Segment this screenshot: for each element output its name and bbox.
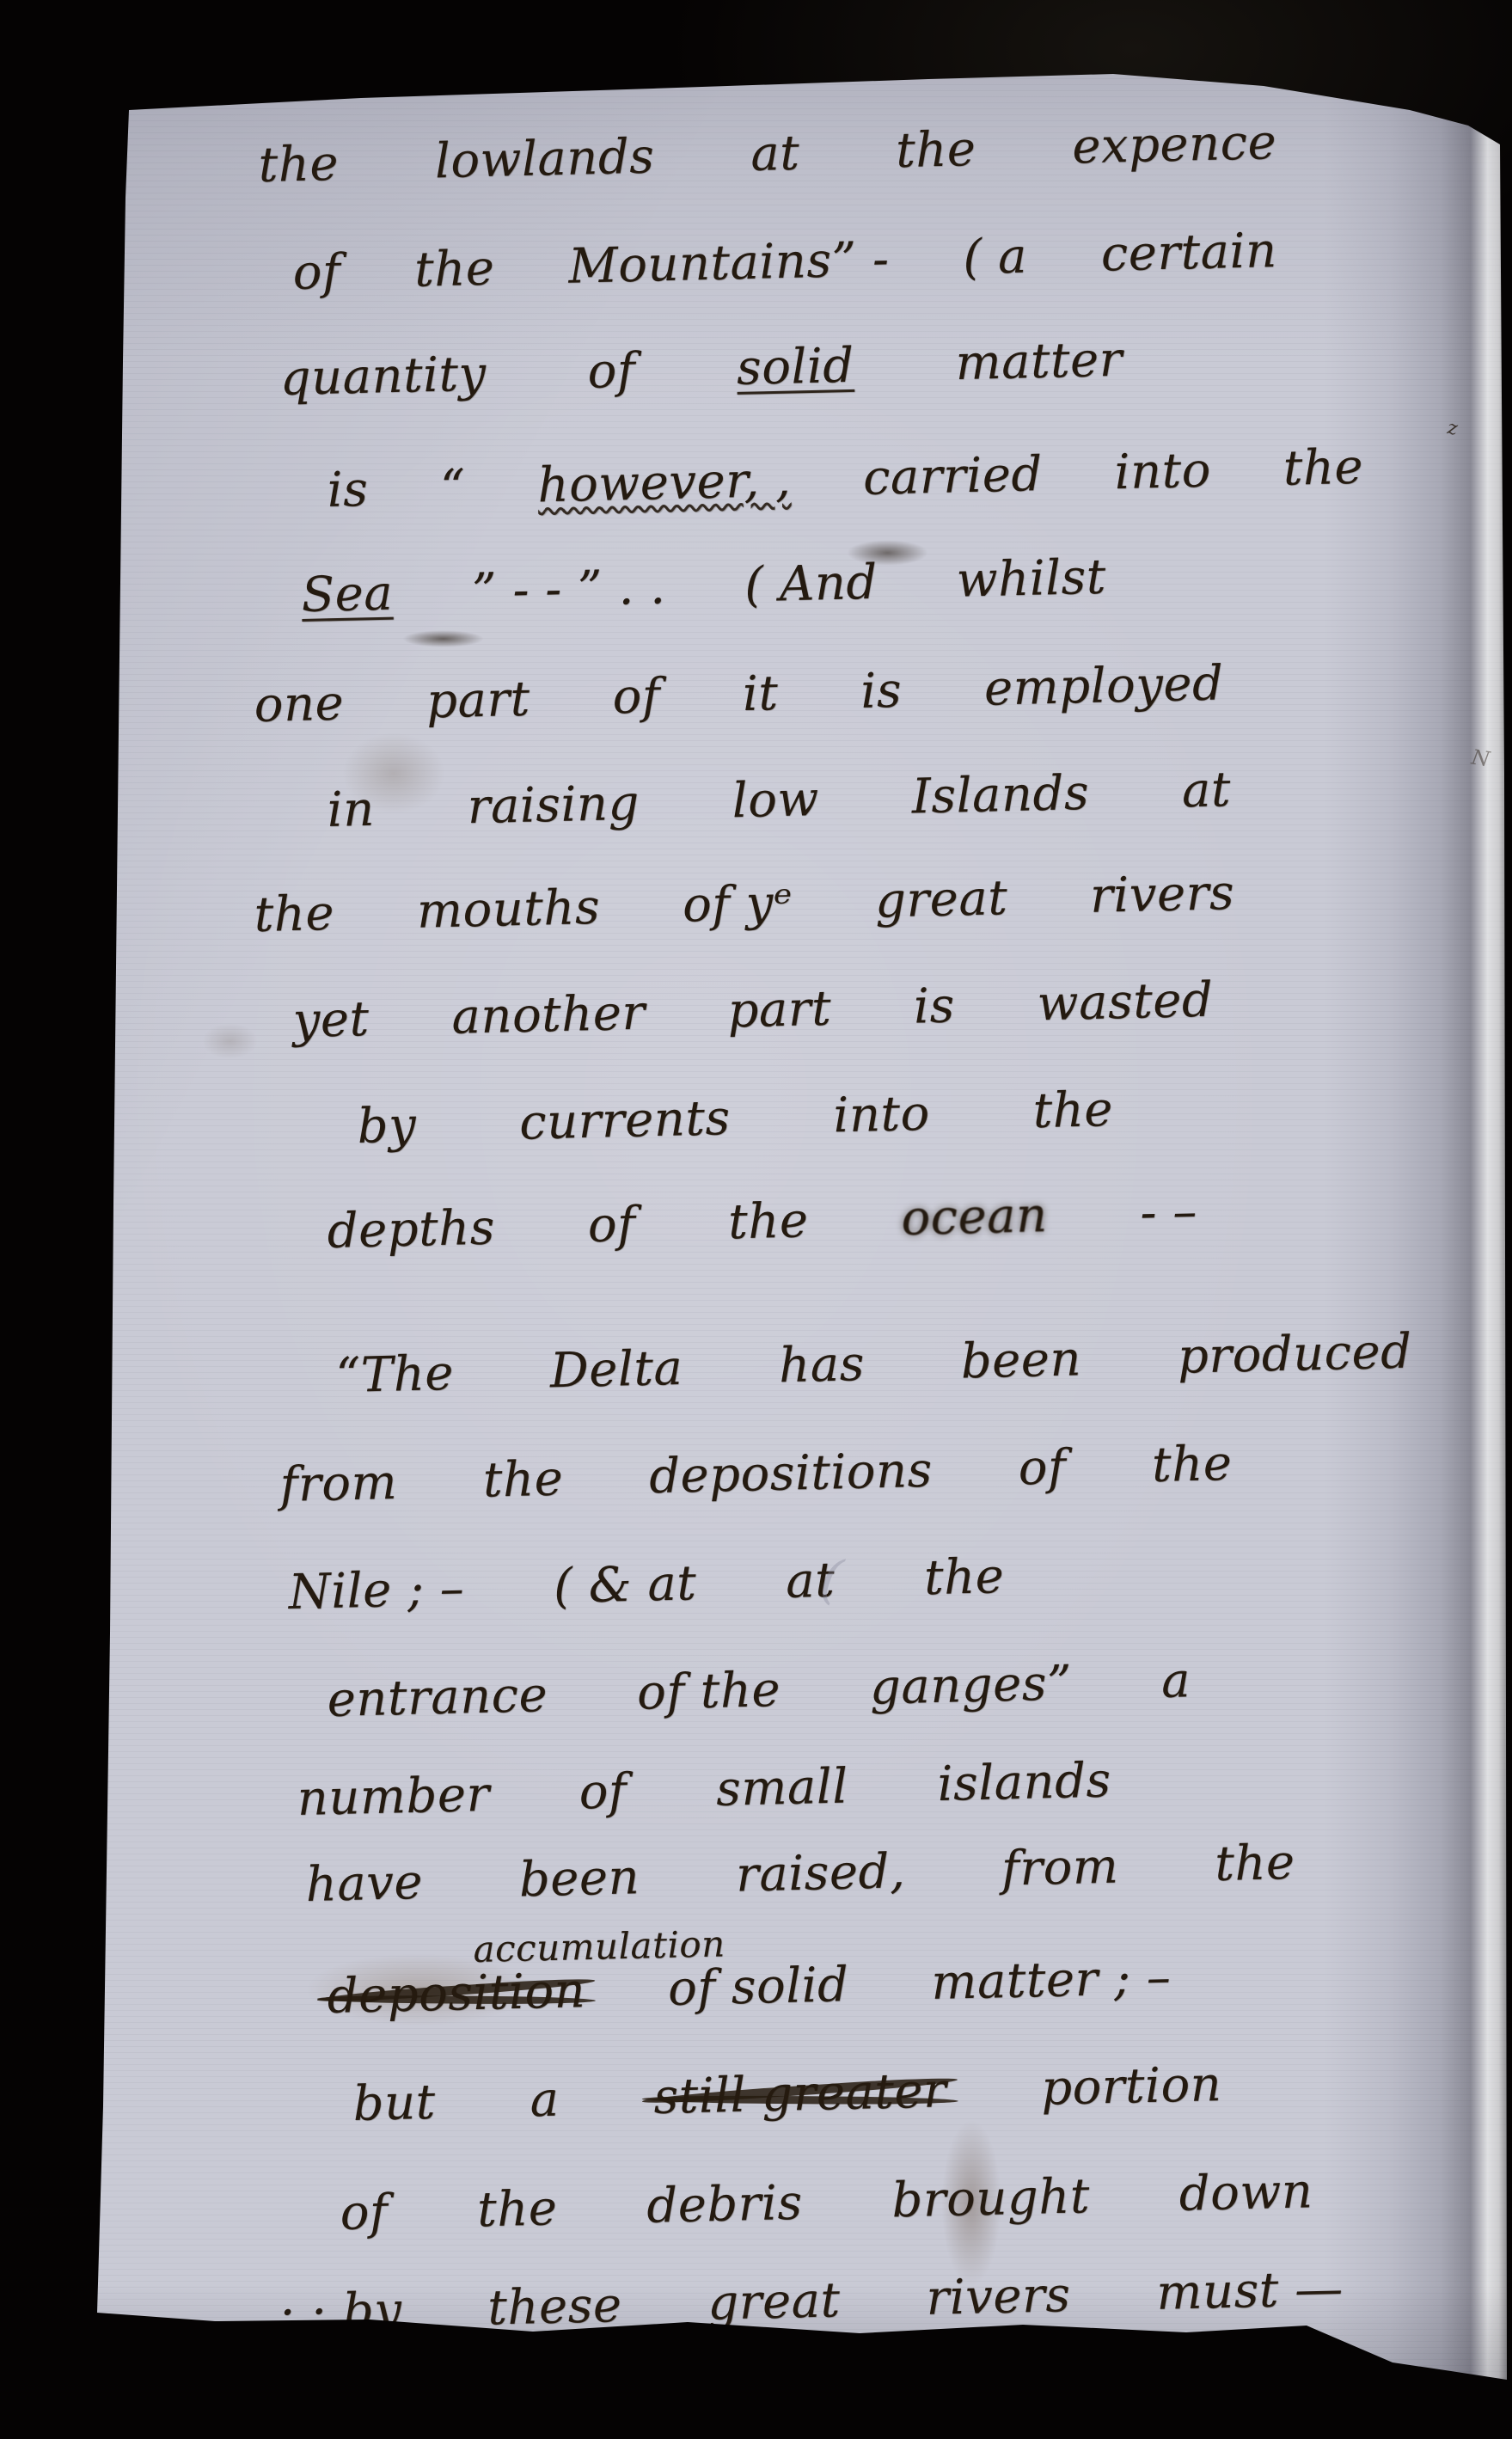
manuscript-line: quantityofsolidmatter [279, 329, 1225, 407]
faint-dotted-line [76, 2318, 273, 2328]
word: the [254, 886, 335, 943]
word: of [612, 668, 661, 725]
word: solid [736, 338, 854, 396]
word: Delta [549, 1340, 683, 1399]
word: “The [335, 1345, 455, 1404]
word: into [1114, 443, 1212, 501]
word: great [874, 870, 1008, 928]
word: certain [1100, 223, 1277, 283]
word: must — [1156, 2261, 1344, 2321]
word: the [1032, 1082, 1114, 1139]
word: Sea [301, 566, 394, 623]
margin-mark: z [1446, 417, 1459, 440]
word: low [732, 771, 820, 829]
manuscript-line: fromthedepositionsofthe [279, 1434, 1319, 1513]
word: the [895, 121, 976, 179]
word: is [860, 663, 903, 720]
word: expence [1072, 114, 1277, 175]
manuscript-line: Nile ; –( & atatthe [288, 1547, 1094, 1621]
word: the [1215, 1835, 1296, 1892]
word: matter ; – [931, 1950, 1172, 2011]
word: been [960, 1331, 1082, 1389]
word: currents [518, 1090, 731, 1151]
manuscript-line: depositionof solidmatter ; – [327, 1948, 1254, 2025]
word: Nile ; – [288, 1560, 465, 1621]
word: the [413, 241, 495, 298]
word: lowlands [434, 129, 655, 190]
word: entrance [327, 1667, 548, 1728]
word: is [327, 462, 369, 518]
word: from [1001, 1839, 1119, 1897]
word: ocean [901, 1187, 1049, 1247]
page-description: Handwritten manuscript page on laid pape… [0, 0, 1, 1]
word: islands [937, 1753, 1112, 1813]
word: · · by [279, 2283, 402, 2341]
word: portion [1040, 2056, 1221, 2117]
word: ( & at [553, 1555, 697, 1615]
word: yet [292, 991, 370, 1049]
word: of [292, 244, 341, 301]
manuscript-line: is“however, ,carriedintothe [327, 438, 1436, 518]
word: down [1178, 2163, 1313, 2222]
word: rivers [926, 2267, 1071, 2326]
word: from [279, 1455, 398, 1513]
word: but [352, 2074, 436, 2132]
word: another [451, 985, 646, 1045]
word: one [254, 676, 345, 733]
word: of [587, 1197, 636, 1253]
ink-stain [202, 1023, 258, 1059]
word: of the [636, 1662, 780, 1721]
manuscript-page: thelowlandsattheexpenceoftheMountains” -… [0, 0, 1512, 2439]
manuscript-line: oftheMountains” -( acertain [292, 221, 1351, 301]
word: the [1282, 439, 1364, 497]
word: by [357, 1097, 417, 1155]
word: the [482, 1451, 564, 1509]
word: ( a [963, 229, 1028, 286]
manuscript-line: yetanotherpartiswasted [292, 971, 1296, 1049]
word: ( And [744, 555, 878, 613]
word: “ [440, 459, 467, 516]
word: at [1181, 762, 1231, 818]
manuscript-line: thelowlandsattheexpence [258, 113, 1374, 193]
word: deposition [327, 1963, 586, 2025]
word: is [913, 978, 955, 1035]
word: of [587, 343, 636, 400]
word: raising [467, 775, 640, 836]
word: of [340, 2185, 389, 2241]
word: brought [891, 2168, 1091, 2228]
word: part [727, 981, 832, 1039]
word: been [518, 1849, 640, 1908]
word: of [1018, 1439, 1067, 1496]
word: at [750, 126, 800, 182]
word: Mountains” - [568, 231, 891, 294]
word: produced [1177, 1324, 1412, 1385]
manuscript-line: “TheDeltahasbeenproduced [335, 1321, 1509, 1404]
word: great [707, 2272, 842, 2331]
word: the [727, 1192, 809, 1250]
word: the [1151, 1436, 1233, 1493]
manuscript-line: ofthedebrisbroughtdown [340, 2161, 1403, 2241]
word: in [327, 781, 375, 838]
word: ” - - ” . . [471, 559, 666, 619]
manuscript-line: · · bythesegreatriversmust — [279, 2259, 1429, 2341]
word: these [487, 2277, 623, 2337]
manuscript-line: numberofsmallislands [297, 1750, 1201, 1827]
margin-mark: N [1470, 745, 1491, 772]
word: has [778, 1336, 865, 1394]
word: depositions [648, 1443, 933, 1504]
word: small [715, 1758, 848, 1817]
word: part [425, 671, 530, 730]
word: number [297, 1767, 490, 1827]
word: wasted [1037, 972, 1214, 1033]
manuscript-line: onepartofitisemployed [254, 653, 1307, 733]
manuscript-line: butastill greaterportion [352, 2055, 1317, 2132]
word: a [530, 2072, 560, 2129]
word: a [1160, 1652, 1191, 1709]
word: Islands [911, 765, 1090, 825]
word: quantity [279, 346, 487, 407]
manuscript-line: inraisinglowIslandsat [327, 760, 1325, 838]
word: employed [983, 655, 1224, 716]
word: of [578, 1763, 627, 1820]
word: however, , [537, 452, 792, 514]
word: have [305, 1854, 424, 1913]
word: depths [327, 1200, 496, 1259]
word: mouths [416, 879, 601, 940]
word: - – [1140, 1184, 1198, 1241]
word: whilst [956, 549, 1106, 609]
word: rivers [1089, 865, 1234, 924]
manuscript-line: entranceof theganges”a [327, 1651, 1281, 1728]
word: of solid [667, 1957, 849, 2017]
word: it [742, 665, 779, 722]
photo-background: thelowlandsattheexpenceoftheMountains” -… [0, 0, 1512, 2439]
word: raised, [735, 1843, 906, 1903]
manuscript-line: depthsoftheocean- – [327, 1182, 1290, 1259]
handwriting-layer: thelowlandsattheexpenceoftheMountains” -… [0, 0, 1512, 2439]
word: the [476, 2180, 558, 2238]
word: matter [955, 332, 1123, 391]
word: debris [646, 2175, 804, 2234]
word: still greater [653, 2062, 947, 2125]
manuscript-line: themouthsof yᵉgreatrivers [254, 863, 1318, 943]
word: of yᵉ [682, 875, 793, 934]
word: carried [862, 446, 1043, 506]
manuscript-line: Sea” - - ” . .( Andwhilst [301, 548, 1185, 623]
word: ganges” [869, 1655, 1073, 1715]
ink-stain [402, 630, 484, 647]
manuscript-line: bycurrentsintothe [357, 1079, 1217, 1155]
word: the [923, 1548, 1005, 1606]
word: into [833, 1086, 931, 1144]
word: the [258, 136, 340, 193]
manuscript-line: havebeenraised,fromthe [305, 1832, 1392, 1913]
